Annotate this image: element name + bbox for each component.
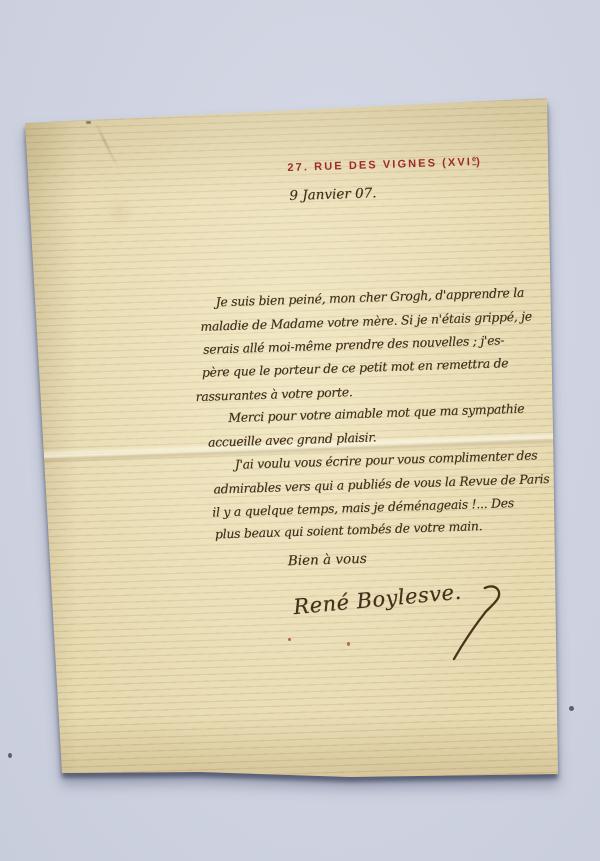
paper-shadow: 27. RUE DES VIGNES (XVIe) 9 Janvier 07. … <box>0 0 600 861</box>
letter-body-line: plus beaux qui soient tombés de votre ma… <box>215 518 483 541</box>
letter-body-line: rassurantes à votre porte. <box>195 384 352 404</box>
letter-body-line: serais allé moi-même prendre des nouvell… <box>203 332 505 356</box>
letter-body-line: Je suis bien peiné, mon cher Grogh, d'ap… <box>215 285 524 310</box>
letter-paper: 27. RUE DES VIGNES (XVIe) 9 Janvier 07. … <box>0 0 600 861</box>
letter-content: 27. RUE DES VIGNES (XVIe) 9 Janvier 07. … <box>9 82 576 799</box>
letterhead: 27. RUE DES VIGNES (XVIe) <box>287 154 482 174</box>
letter-body-line: père que le porteur de ce petit mot en r… <box>202 355 509 380</box>
dust-speck <box>8 753 12 758</box>
dust-speck <box>569 706 574 711</box>
letter-body-line: il y a quelque temps, mais je déménageai… <box>212 495 514 519</box>
signature-paraph <box>445 581 510 665</box>
letter-closing: Bien à vous <box>288 551 367 569</box>
letter-body-line: Merci pour votre aimable mot que ma symp… <box>228 401 524 425</box>
letter-date: 9 Janvier 07. <box>289 185 377 204</box>
letter-photograph: 27. RUE DES VIGNES (XVIe) 9 Janvier 07. … <box>0 0 600 861</box>
letterhead-district: (XVIe) <box>442 156 482 169</box>
letter-body-line: J'ai voulu vous écrire pour vous complim… <box>235 447 538 471</box>
letter-body-line: maladie de Madame votre mère. Si je n'ét… <box>200 308 532 333</box>
letterhead-address: 27. RUE DES VIGNES <box>287 157 437 174</box>
letter-body-line: admirables vers qui a publiés de vous la… <box>213 471 549 497</box>
letter-body-line: accueille avec grand plaisir. <box>208 429 377 449</box>
signature-text: René Boylesve. <box>292 580 462 619</box>
